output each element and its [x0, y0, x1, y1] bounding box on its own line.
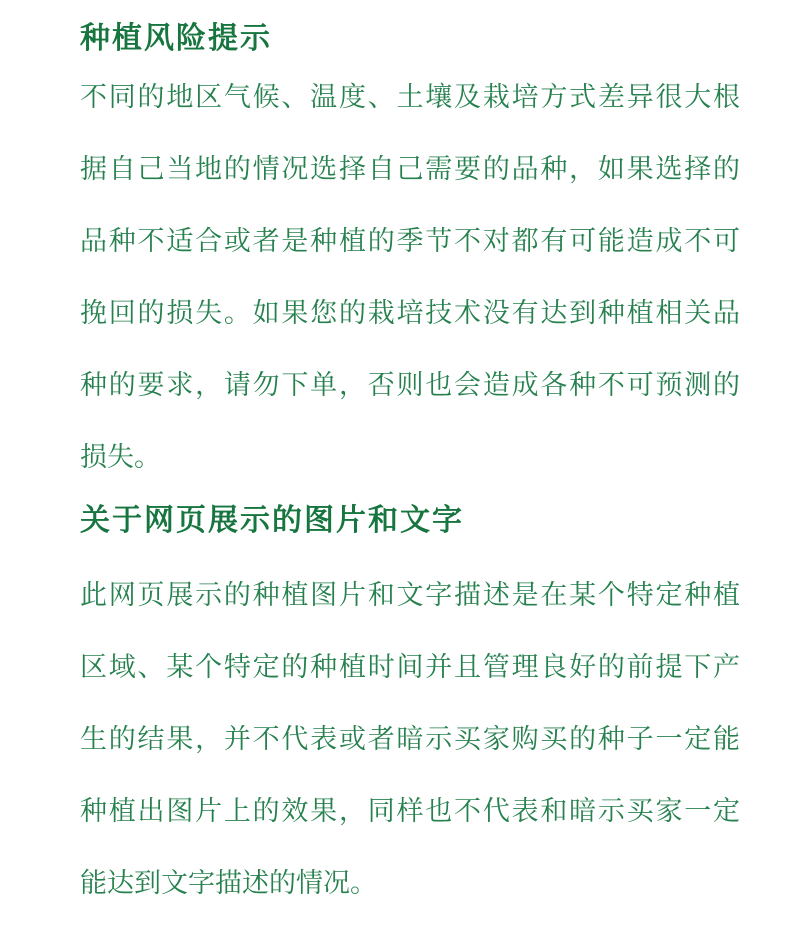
paragraph-line: 种的要求，请勿下单，否则也会造成各种不可预测的 — [80, 349, 740, 421]
paragraph-line: 品种不适合或者是种植的季节不对都有可能造成不可 — [80, 205, 740, 277]
planting-risk-notice-page: 种植风险提示 不同的地区气候、温度、土壤及栽培方式差异很大根 据自己当地的情况选… — [0, 0, 790, 945]
paragraph-line: 据自己当地的情况选择自己需要的品种，如果选择的 — [80, 133, 740, 205]
paragraph-line: 种植出图片上的效果，同样也不代表和暗示买家一定 — [80, 775, 740, 847]
paragraph-line: 能达到文字描述的情况。 — [80, 847, 740, 919]
webpage-images-text-heading: 关于网页展示的图片和文字 — [80, 504, 740, 537]
paragraph-line: 不同的地区气候、温度、土壤及栽培方式差异很大根 — [80, 61, 740, 133]
section-webpage-images-text: 关于网页展示的图片和文字 此网页展示的种植图片和文字描述是在某个特定种植 区域、… — [80, 504, 740, 919]
planting-risk-heading: 种植风险提示 — [80, 22, 740, 55]
paragraph-line: 损失。 — [80, 421, 740, 493]
section-planting-risk: 种植风险提示 不同的地区气候、温度、土壤及栽培方式差异很大根 据自己当地的情况选… — [80, 22, 740, 493]
webpage-images-text-paragraph: 此网页展示的种植图片和文字描述是在某个特定种植 区域、某个特定的种植时间并且管理… — [80, 559, 740, 919]
paragraph-line: 区域、某个特定的种植时间并且管理良好的前提下产 — [80, 631, 740, 703]
paragraph-line: 生的结果，并不代表或者暗示买家购买的种子一定能 — [80, 703, 740, 775]
planting-risk-paragraph: 不同的地区气候、温度、土壤及栽培方式差异很大根 据自己当地的情况选择自己需要的品… — [80, 61, 740, 493]
paragraph-line: 挽回的损失。如果您的栽培技术没有达到种植相关品 — [80, 277, 740, 349]
paragraph-line: 此网页展示的种植图片和文字描述是在某个特定种植 — [80, 559, 740, 631]
